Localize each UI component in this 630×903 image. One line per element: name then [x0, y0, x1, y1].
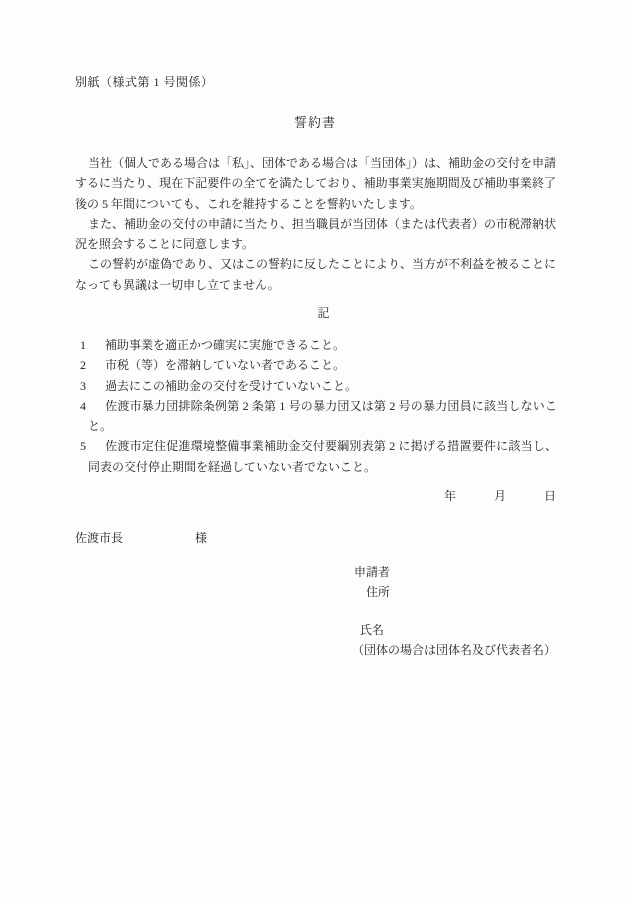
year-label: 年	[444, 486, 456, 506]
addressee-name: 佐渡市長	[75, 528, 123, 548]
item-number: 5	[80, 436, 105, 456]
addressee-line: 佐渡市長 様	[75, 528, 207, 548]
date-line: 年 月 日	[75, 486, 556, 506]
item-text: 補助事業を適正かつ確実に実施できること。	[105, 338, 345, 352]
list-item: 1補助事業を適正かつ確実に実施できること。	[75, 335, 557, 355]
month-label: 月	[494, 486, 506, 506]
item-text: 過去にこの補助金の交付を受けていないこと。	[105, 379, 357, 393]
preamble-section: 当社（個人である場合は「私」、団体である場合は「当団体」）は、補助金の交付を申請…	[75, 153, 556, 295]
list-item: 4佐渡市暴力団排除条例第 2 条第 1 号の暴力団又は第 2 号の暴力団員に該当…	[75, 396, 557, 437]
applicant-address-label: 住所	[352, 582, 592, 602]
pledge-document-page: 別紙（様式第 1 号関係） 誓約書 当社（個人である場合は「私」、団体である場合…	[0, 0, 630, 903]
item-text: 市税（等）を滞納していない者であること。	[105, 358, 345, 372]
item-number: 4	[80, 396, 105, 416]
item-text: 佐渡市定住促進環境整備事業補助金交付要綱別表第 2 に掲げる措置要件に該当し、同…	[88, 439, 557, 473]
paragraph-no-objection: この誓約が虚偽であり、又はこの誓約に反したことにより、当方が不利益を被ることにな…	[75, 254, 556, 295]
paragraph-tax-inquiry-consent: また、補助金の交付の申請に当たり、担当職員が当団体（または代表者）の市税滞納状況…	[75, 214, 556, 255]
addressee-honorific: 様	[195, 528, 207, 548]
list-item: 5佐渡市定住促進環境整備事業補助金交付要綱別表第 2 に掲げる措置要件に該当し、…	[75, 436, 557, 477]
paragraph-pledge: 当社（個人である場合は「私」、団体である場合は「当団体」）は、補助金の交付を申請…	[75, 153, 556, 214]
applicant-block: 申請者 住所 氏名 （団体の場合は団体名及び代表者名）	[352, 562, 592, 660]
applicant-name-label: 氏名	[352, 620, 592, 640]
item-number: 3	[80, 376, 105, 396]
day-label: 日	[544, 486, 556, 506]
applicant-note: （団体の場合は団体名及び代表者名）	[352, 640, 592, 660]
item-number: 2	[80, 355, 105, 375]
applicant-label: 申請者	[352, 562, 592, 582]
list-item: 2市税（等）を滞納していない者であること。	[75, 355, 557, 375]
record-heading: 記	[0, 303, 630, 323]
item-text: 佐渡市暴力団排除条例第 2 条第 1 号の暴力団又は第 2 号の暴力団員に該当し…	[88, 399, 557, 433]
item-number: 1	[80, 335, 105, 355]
condition-list: 1補助事業を適正かつ確実に実施できること。 2市税（等）を滞納していない者である…	[75, 335, 557, 477]
attachment-label: 別紙（様式第 1 号関係）	[75, 72, 214, 92]
document-title: 誓約書	[0, 113, 630, 133]
list-item: 3過去にこの補助金の交付を受けていないこと。	[75, 376, 557, 396]
